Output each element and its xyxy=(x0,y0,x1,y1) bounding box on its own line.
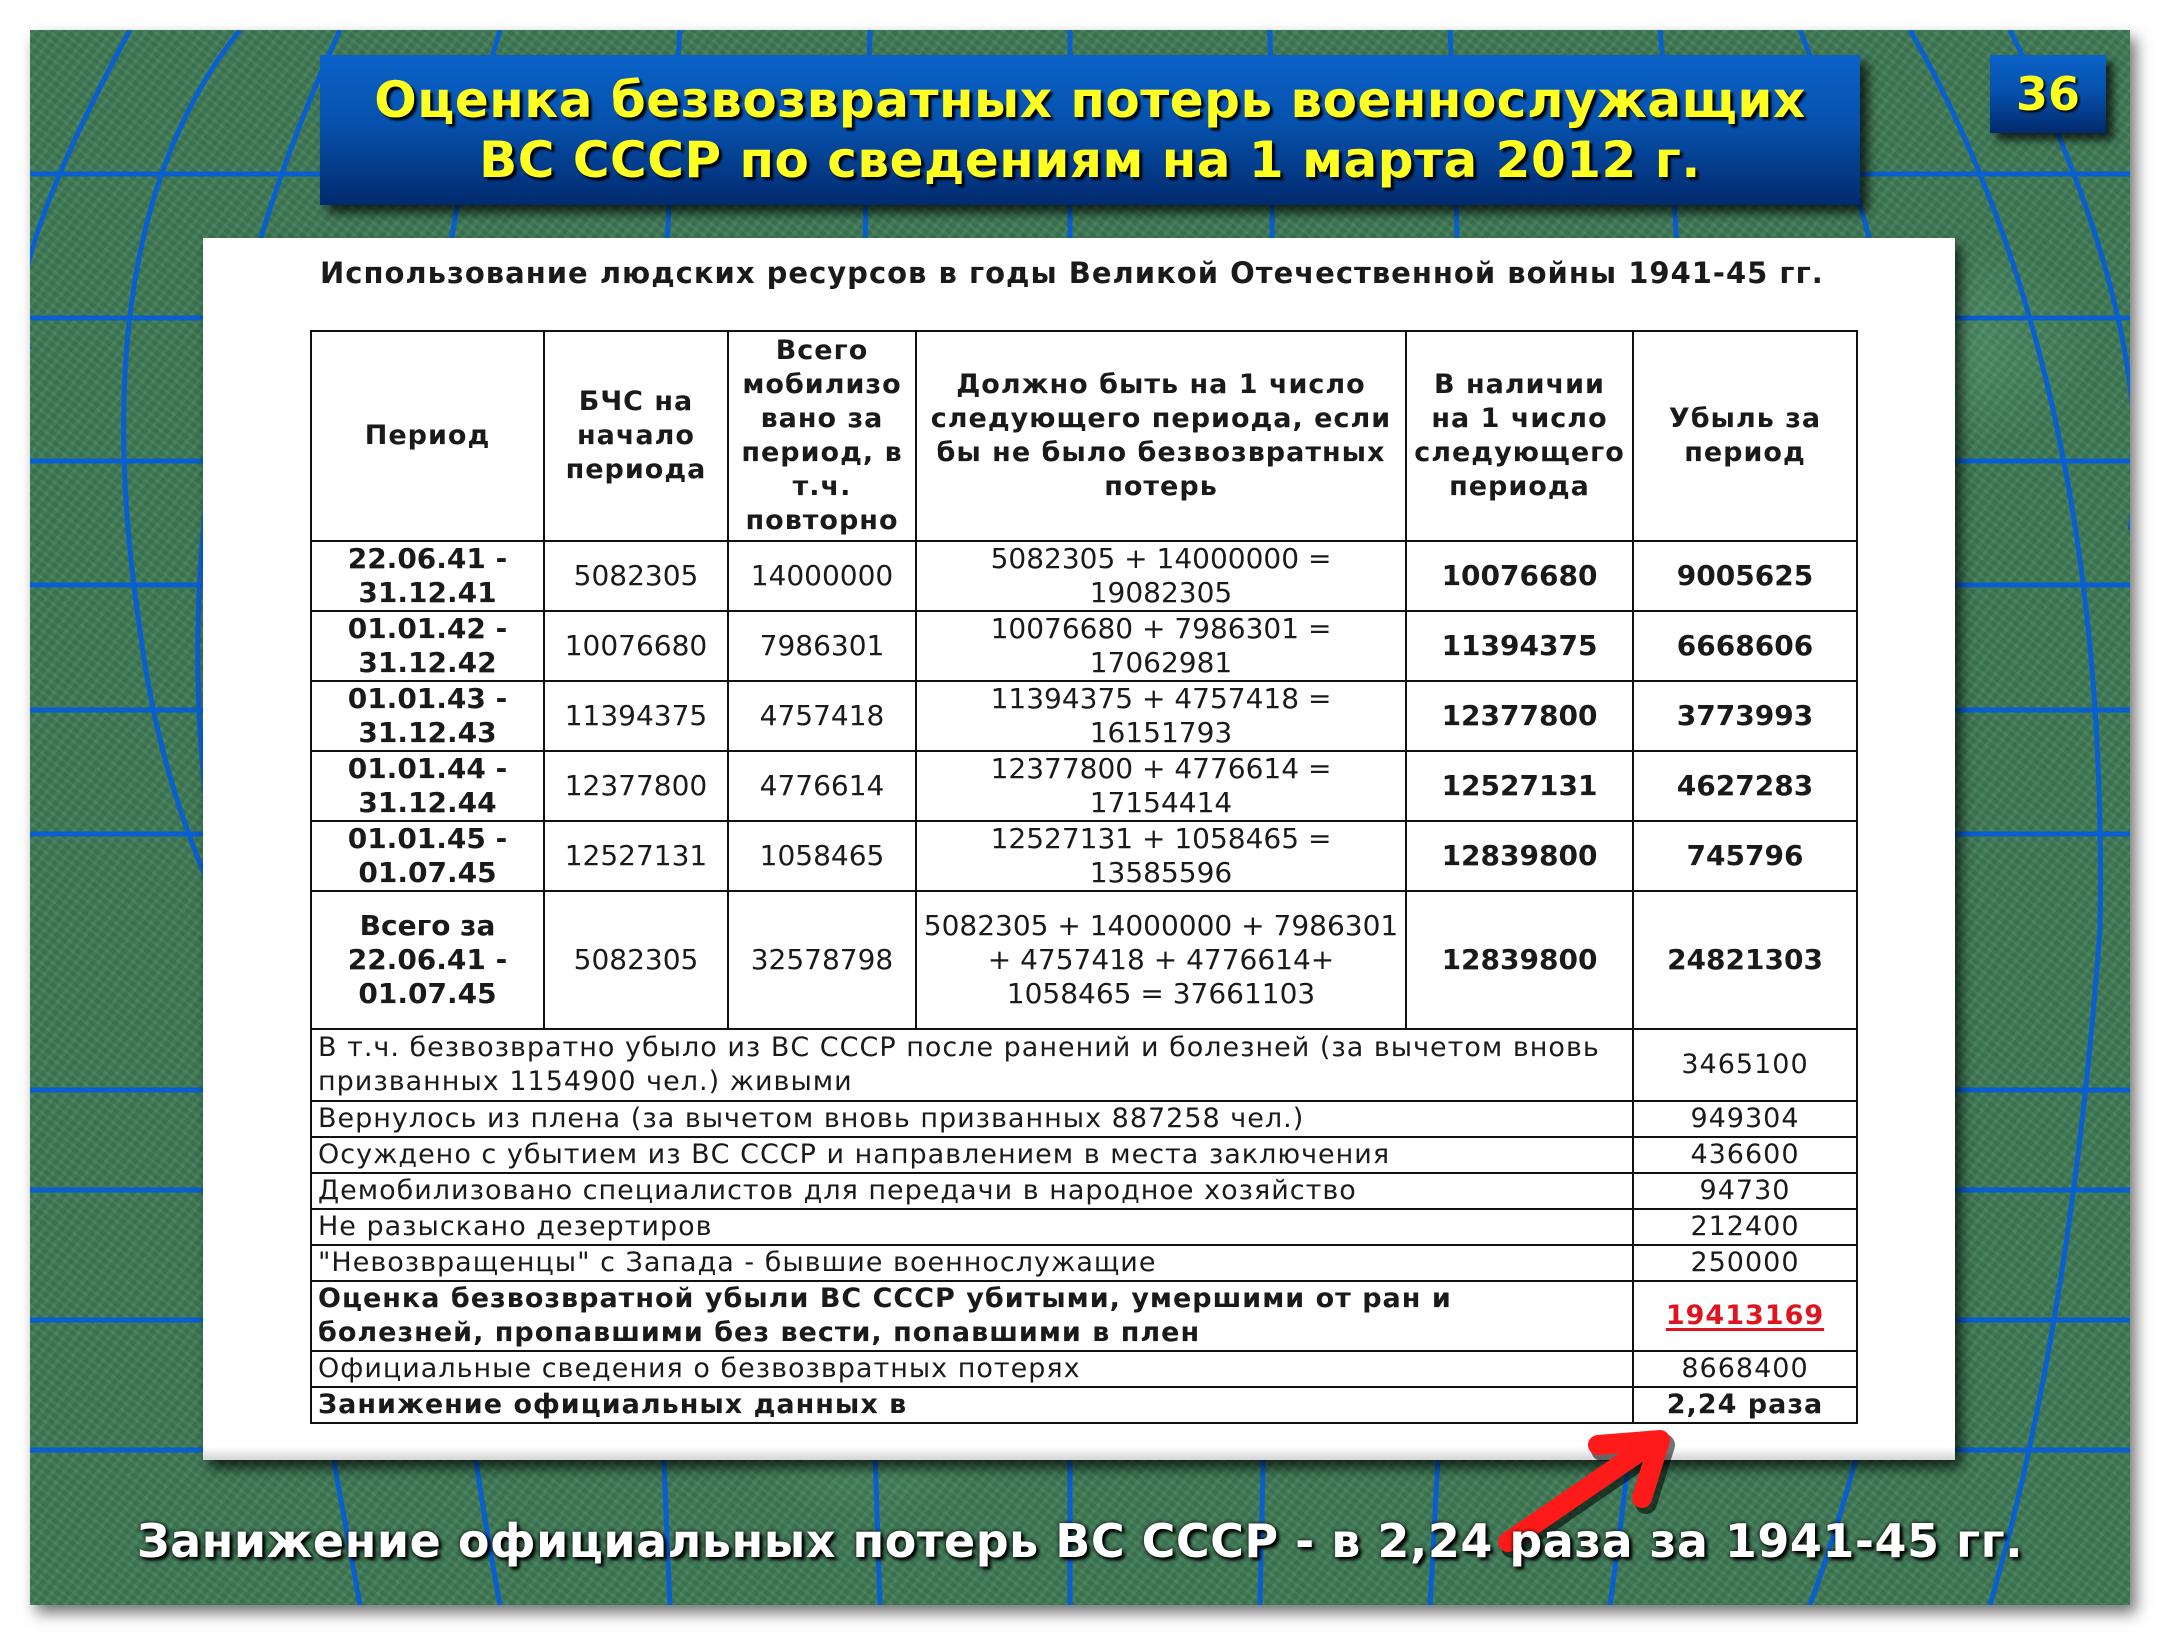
note-value: 3465100 xyxy=(1633,1029,1857,1101)
cell-available: 12839800 xyxy=(1406,891,1633,1029)
header-start-strength: БЧС на начало периода xyxy=(544,331,728,541)
table-row: 01.01.44 - 31.12.44 12377800 4776614 123… xyxy=(311,751,1857,821)
note-row-deserters: Не разыскано дезертиров 212400 xyxy=(311,1209,1857,1245)
cell-should-be: 12377800 + 4776614 = 17154414 xyxy=(916,751,1406,821)
cell-loss: 6668606 xyxy=(1633,611,1857,681)
table-header-row: Период БЧС на начало периода Всего мобил… xyxy=(311,331,1857,541)
cell-should-be: 10076680 + 7986301 = 17062981 xyxy=(916,611,1406,681)
cell-mobilized: 4757418 xyxy=(728,681,916,751)
table-row: 01.01.43 - 31.12.43 11394375 4757418 113… xyxy=(311,681,1857,751)
cell-should-be: 12527131 + 1058465 = 13585596 xyxy=(916,821,1406,891)
note-row-wounded: В т.ч. безвозвратно убыло из ВС СССР пос… xyxy=(311,1029,1857,1101)
note-label: Занижение официальных данных в xyxy=(311,1387,1633,1423)
note-value: 2,24 раза xyxy=(1633,1387,1857,1423)
cell-loss: 745796 xyxy=(1633,821,1857,891)
table-row: 01.01.42 - 31.12.42 10076680 7986301 100… xyxy=(311,611,1857,681)
cell-period: 01.01.44 - 31.12.44 xyxy=(311,751,544,821)
cell-available: 10076680 xyxy=(1406,541,1633,611)
cell-mobilized: 32578798 xyxy=(728,891,916,1029)
cell-mobilized: 4776614 xyxy=(728,751,916,821)
cell-start: 10076680 xyxy=(544,611,728,681)
slide-title-line-2: ВС СССР по сведениям на 1 марта 2012 г. xyxy=(479,130,1701,190)
page-number-badge: 36 xyxy=(1990,55,2106,133)
header-mobilized: Всего мобилизо вано за период, в т.ч. по… xyxy=(728,331,916,541)
slide-caption: Занижение официальных потерь ВС СССР - в… xyxy=(30,1514,2130,1568)
cell-period: Всего за 22.06.41 - 01.07.45 xyxy=(311,891,544,1029)
header-should-be: Должно быть на 1 число следующего период… xyxy=(916,331,1406,541)
cell-mobilized: 7986301 xyxy=(728,611,916,681)
cell-start: 12527131 xyxy=(544,821,728,891)
cell-period: 22.06.41 - 31.12.41 xyxy=(311,541,544,611)
slide: Оценка безвозвратных потерь военнослужащ… xyxy=(30,30,2130,1605)
table-total-row: Всего за 22.06.41 - 01.07.45 5082305 325… xyxy=(311,891,1857,1029)
note-row-demobilized: Демобилизовано специалистов для передачи… xyxy=(311,1173,1857,1209)
cell-period: 01.01.42 - 31.12.42 xyxy=(311,611,544,681)
slide-title-box: Оценка безвозвратных потерь военнослужащ… xyxy=(320,55,1860,205)
table-title: Использование людских ресурсов в годы Ве… xyxy=(203,256,1955,290)
human-resources-table: Период БЧС на начало периода Всего мобил… xyxy=(310,330,1858,1424)
note-value: 949304 xyxy=(1633,1101,1857,1137)
note-row-convicted: Осуждено с убытием из ВС СССР и направле… xyxy=(311,1137,1857,1173)
cell-start: 12377800 xyxy=(544,751,728,821)
note-label: Оценка безвозвратной убыли ВС СССР убиты… xyxy=(311,1281,1633,1351)
cell-start: 5082305 xyxy=(544,891,728,1029)
note-row-estimate: Оценка безвозвратной убыли ВС СССР убиты… xyxy=(311,1281,1857,1351)
note-label: В т.ч. безвозвратно убыло из ВС СССР пос… xyxy=(311,1029,1633,1101)
note-value: 250000 xyxy=(1633,1245,1857,1281)
header-period: Период xyxy=(311,331,544,541)
table-row: 01.01.45 - 01.07.45 12527131 1058465 125… xyxy=(311,821,1857,891)
note-row-non-returnees: "Невозвращенцы" с Запада - бывшие военно… xyxy=(311,1245,1857,1281)
note-label: Не разыскано дезертиров xyxy=(311,1209,1633,1245)
note-row-understatement: Занижение официальных данных в 2,24 раза xyxy=(311,1387,1857,1423)
note-row-returned-from-captivity: Вернулось из плена (за вычетом вновь при… xyxy=(311,1101,1857,1137)
note-label: Осуждено с убытием из ВС СССР и направле… xyxy=(311,1137,1633,1173)
cell-available: 12839800 xyxy=(1406,821,1633,891)
estimate-value-highlight: 19413169 xyxy=(1633,1281,1857,1351)
slide-title-line-1: Оценка безвозвратных потерь военнослужащ… xyxy=(374,70,1805,130)
cell-should-be: 11394375 + 4757418 = 16151793 xyxy=(916,681,1406,751)
cell-mobilized: 1058465 xyxy=(728,821,916,891)
cell-period: 01.01.43 - 31.12.43 xyxy=(311,681,544,751)
content-card: Использование людских ресурсов в годы Ве… xyxy=(203,238,1955,1460)
note-value: 436600 xyxy=(1633,1137,1857,1173)
cell-mobilized: 14000000 xyxy=(728,541,916,611)
note-value: 8668400 xyxy=(1633,1351,1857,1387)
note-label: Официальные сведения о безвозвратных пот… xyxy=(311,1351,1633,1387)
cell-should-be: 5082305 + 14000000 + 7986301 + 4757418 +… xyxy=(916,891,1406,1029)
cell-available: 12377800 xyxy=(1406,681,1633,751)
cell-start: 11394375 xyxy=(544,681,728,751)
header-loss: Убыль за период xyxy=(1633,331,1857,541)
cell-loss: 4627283 xyxy=(1633,751,1857,821)
note-value: 94730 xyxy=(1633,1173,1857,1209)
cell-loss: 9005625 xyxy=(1633,541,1857,611)
header-available: В наличии на 1 число следующего периода xyxy=(1406,331,1633,541)
note-row-official: Официальные сведения о безвозвратных пот… xyxy=(311,1351,1857,1387)
note-label: Демобилизовано специалистов для передачи… xyxy=(311,1173,1633,1209)
cell-loss: 24821303 xyxy=(1633,891,1857,1029)
note-label: Вернулось из плена (за вычетом вновь при… xyxy=(311,1101,1633,1137)
cell-available: 12527131 xyxy=(1406,751,1633,821)
cell-period: 01.01.45 - 01.07.45 xyxy=(311,821,544,891)
note-label: "Невозвращенцы" с Запада - бывшие военно… xyxy=(311,1245,1633,1281)
table-row: 22.06.41 - 31.12.41 5082305 14000000 508… xyxy=(311,541,1857,611)
cell-start: 5082305 xyxy=(544,541,728,611)
cell-loss: 3773993 xyxy=(1633,681,1857,751)
cell-should-be: 5082305 + 14000000 = 19082305 xyxy=(916,541,1406,611)
cell-available: 11394375 xyxy=(1406,611,1633,681)
note-value: 212400 xyxy=(1633,1209,1857,1245)
